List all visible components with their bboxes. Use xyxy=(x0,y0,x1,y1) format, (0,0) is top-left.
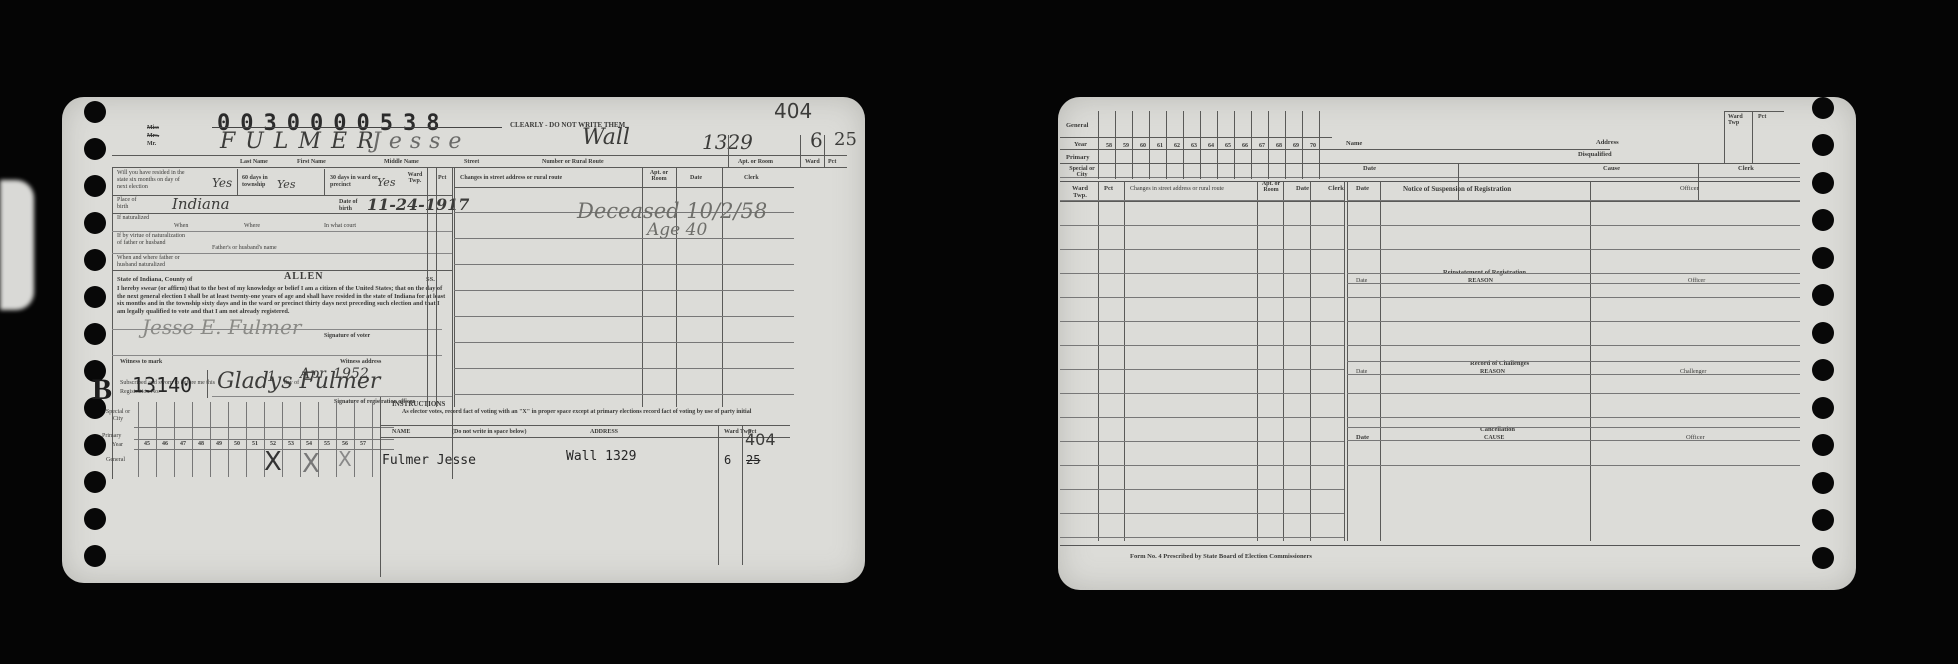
age-note: Age 40 xyxy=(647,222,707,239)
row-line xyxy=(112,270,452,271)
registration-number: 13140 xyxy=(132,375,192,395)
grid-col-line xyxy=(1234,111,1235,179)
punch-hole xyxy=(84,323,106,345)
grid-col-line xyxy=(318,402,319,477)
row-line xyxy=(1347,249,1800,250)
col-line xyxy=(436,167,437,407)
row-line xyxy=(1060,273,1344,274)
middle-name-label: Middle Name xyxy=(384,159,419,165)
row-line xyxy=(1060,249,1344,250)
col-line xyxy=(454,167,455,407)
grid-col-line xyxy=(1183,111,1184,179)
back-grid-label-primary: Primary xyxy=(1066,155,1089,162)
oath-text: I hereby swear (or affirm) that to the b… xyxy=(117,285,447,316)
back-cause-label: Cause xyxy=(1603,166,1620,173)
back-grid-label-general: General xyxy=(1066,123,1088,130)
punch-hole xyxy=(1812,397,1834,419)
row-line xyxy=(1347,297,1800,298)
grid-col-line xyxy=(156,402,157,477)
year-51: 51 xyxy=(246,441,264,447)
prefix-mr: Mr. xyxy=(147,141,156,147)
citizen-by-marriage-label: If by virtue of naturalization of father… xyxy=(117,233,187,247)
back-clerk-label: Clerk xyxy=(1738,166,1754,173)
grid-label-special: Special or City xyxy=(104,409,132,423)
year-53: 53 xyxy=(282,441,300,447)
ward-divider xyxy=(800,135,801,167)
row-line xyxy=(454,264,794,265)
row-line xyxy=(454,290,794,291)
grid-col-line xyxy=(300,402,301,477)
row-line xyxy=(1347,417,1800,418)
row-line xyxy=(1347,440,1800,441)
precinct-answer: Yes xyxy=(377,177,395,188)
state-residence-answer: Yes xyxy=(212,177,232,189)
col-line xyxy=(1698,163,1699,201)
grid-col-line xyxy=(1149,111,1150,179)
ward-value: 6 xyxy=(810,130,823,150)
grid-col-line xyxy=(210,402,211,477)
row-line xyxy=(1347,273,1800,274)
row-line xyxy=(1347,321,1800,322)
footer-address-value: Wall 1329 xyxy=(566,450,636,463)
footer-name-label: NAME xyxy=(392,429,410,435)
row-line xyxy=(1060,489,1344,490)
street-value: Wall xyxy=(582,127,630,149)
registration-card-front: 0030000538 CLEARLY - DO NOT WRITE THEM 4… xyxy=(62,97,865,583)
witness-address-label: Witness address xyxy=(340,359,381,366)
grid-col-line xyxy=(1285,111,1286,179)
punch-hole xyxy=(1812,134,1834,156)
apt-label: Apt. or Room xyxy=(738,159,773,165)
year-50: 50 xyxy=(228,441,246,447)
prefix-miss: Miss xyxy=(147,125,159,131)
instructions-text: As elector votes, record fact of voting … xyxy=(402,409,762,416)
grid-label-year: Year xyxy=(112,442,123,449)
punch-hole xyxy=(84,508,106,530)
col-line xyxy=(1098,181,1099,541)
col-line xyxy=(427,167,428,407)
adjacent-card-edge xyxy=(0,180,34,310)
row-line xyxy=(1060,181,1800,182)
naturalized-label: If naturalized xyxy=(117,215,149,222)
punch-hole xyxy=(1812,247,1834,269)
row-line xyxy=(212,396,452,397)
grid-col-line xyxy=(246,402,247,477)
changes-header-ward: Ward Twp. xyxy=(402,172,428,184)
punch-hole xyxy=(84,138,106,160)
grid-line xyxy=(1060,137,1332,138)
back-changes-header-date: Date xyxy=(1296,186,1309,193)
footer-pct-old: 25 xyxy=(746,454,760,466)
grid-col-line xyxy=(282,402,283,477)
serial-strike-line xyxy=(212,127,502,128)
grid-col-line xyxy=(1268,111,1269,179)
number-label: Number or Rural Route xyxy=(542,159,604,165)
row-line xyxy=(454,187,794,188)
row-line xyxy=(1060,537,1344,538)
row-line xyxy=(112,231,452,232)
grid-label-general: General xyxy=(106,457,125,464)
punch-hole xyxy=(1812,359,1834,381)
year-48: 48 xyxy=(192,441,210,447)
vote-mark-56: X xyxy=(338,449,352,469)
voter-signature: Jesse E. Fulmer xyxy=(142,317,301,337)
grid-line xyxy=(1060,163,1800,164)
year-45: 45 xyxy=(138,441,156,447)
grid-line xyxy=(1060,177,1800,178)
col-line xyxy=(1344,181,1345,541)
ward-box-line xyxy=(1724,111,1784,112)
handwritten-precinct: 404 xyxy=(774,101,812,121)
letter-code: B xyxy=(92,375,112,405)
grid-col-line xyxy=(372,402,373,477)
punch-hole xyxy=(1812,472,1834,494)
row-line xyxy=(1347,427,1800,428)
changes-header-clerk: Clerk xyxy=(744,175,759,181)
year-57: 57 xyxy=(354,441,372,447)
row-line xyxy=(454,342,794,343)
pct-label: Pct xyxy=(828,159,836,165)
punch-hole xyxy=(84,212,106,234)
grid-col-line xyxy=(1251,111,1252,179)
year-47: 47 xyxy=(174,441,192,447)
row-line xyxy=(454,316,794,317)
punch-hole xyxy=(1812,172,1834,194)
pct-value: 25 xyxy=(834,131,857,149)
footer-ward-value: 6 xyxy=(724,454,731,466)
row-line xyxy=(1060,297,1344,298)
vote-mark-52: X xyxy=(264,449,282,475)
street-label: Street xyxy=(464,159,479,165)
row-line xyxy=(112,253,452,254)
suspension-officer-label: Officer xyxy=(1680,186,1699,193)
divider xyxy=(237,169,238,195)
col-line xyxy=(1124,181,1125,541)
row-line xyxy=(1347,393,1800,394)
back-address-label: Address xyxy=(1596,140,1619,147)
back-pct-label: Pct xyxy=(1758,114,1766,120)
form-footer: Form No. 4 Prescribed by State Board of … xyxy=(1130,554,1312,561)
grid-col-line xyxy=(192,402,193,477)
punch-hole xyxy=(84,545,106,567)
back-ward-label: Ward Twp xyxy=(1728,114,1750,126)
naturalized-court-label: In what court xyxy=(324,223,356,230)
row-line xyxy=(380,437,790,438)
first-name-value: Jesse xyxy=(372,131,469,153)
father-husband-label: Father's or husband's name xyxy=(212,245,277,252)
back-name-label: Name xyxy=(1346,141,1362,148)
row-line xyxy=(1347,200,1800,201)
punch-hole xyxy=(84,175,106,197)
row-line xyxy=(1347,283,1800,284)
row-line xyxy=(112,355,442,356)
township-question: 60 days in township xyxy=(242,175,282,189)
name-row-line xyxy=(112,155,847,156)
divider xyxy=(324,169,325,195)
row-line xyxy=(1060,417,1344,418)
punch-hole xyxy=(84,101,106,123)
row-line xyxy=(1060,513,1344,514)
punch-hole xyxy=(1812,97,1834,119)
year-55: 55 xyxy=(318,441,336,447)
row-line xyxy=(380,425,790,426)
year-49: 49 xyxy=(210,441,228,447)
grid-label-primary: Primary xyxy=(102,433,121,440)
grid-col-line xyxy=(1098,111,1099,179)
year-46: 46 xyxy=(156,441,174,447)
township-answer: Yes xyxy=(277,179,295,190)
back-disq-date-label: Date xyxy=(1363,166,1376,173)
place-of-birth-value: Indiana xyxy=(172,197,230,212)
col-line xyxy=(718,425,719,565)
row-line xyxy=(1060,225,1344,226)
footer-note-label: (Do not write in space below) xyxy=(452,429,527,435)
punch-hole xyxy=(84,471,106,493)
punch-hole xyxy=(84,249,106,271)
row-line xyxy=(1347,465,1800,466)
changes-header-date: Date xyxy=(690,175,702,181)
row-line xyxy=(1060,345,1344,346)
row-line xyxy=(454,394,794,395)
ward-box-line xyxy=(1752,111,1753,163)
ward-label: Ward xyxy=(805,159,820,165)
officer-signature: Gladys Fulmer xyxy=(217,371,380,393)
oath-county-value: ALLEN xyxy=(284,272,323,282)
when-where-naturalized-label: When and where father or husband natural… xyxy=(117,255,197,269)
row-line xyxy=(1347,374,1800,375)
row-line xyxy=(454,238,794,239)
row-line xyxy=(454,368,794,369)
instructions-title: INSTRUCTIONS xyxy=(392,401,445,408)
punch-hole xyxy=(1812,209,1834,231)
signature-line xyxy=(112,329,442,330)
grid-col-line xyxy=(1115,111,1116,179)
grid-col-line xyxy=(1200,111,1201,179)
witness-to-mark-label: Witness to mark xyxy=(120,359,162,366)
grid-line xyxy=(1060,149,1610,150)
state-residence-question: Will you have resided in the state six m… xyxy=(117,170,187,191)
row-line xyxy=(1060,545,1800,546)
back-disqualified-label: Disqualified xyxy=(1578,152,1612,159)
grid-col-line xyxy=(336,402,337,477)
punch-hole xyxy=(1812,509,1834,531)
row-line xyxy=(1347,361,1800,362)
divider xyxy=(207,370,208,398)
grid-col-line xyxy=(354,402,355,477)
col-line xyxy=(1257,181,1258,541)
grid-line xyxy=(1060,201,1800,202)
grid-col-line xyxy=(174,402,175,477)
row-line xyxy=(1060,441,1344,442)
back-changes-header-apt: Apt. or Room xyxy=(1258,181,1284,193)
oath-state-county: State of Indiana, County of xyxy=(117,277,192,284)
changes-header-address: Changes in street address or rural route xyxy=(460,175,562,181)
col-line xyxy=(742,425,743,565)
prefix-mrs: Mrs. xyxy=(147,133,159,139)
date-of-birth-label: Date of birth xyxy=(339,199,369,213)
naturalized-where-label: Where xyxy=(244,223,260,230)
row-line xyxy=(1060,200,1344,201)
row-line xyxy=(1347,345,1800,346)
back-changes-header-ward: Ward Twp. xyxy=(1068,186,1092,199)
back-changes-header-clerk: Clerk xyxy=(1328,186,1344,193)
col-line xyxy=(1283,181,1284,541)
grid-col-line xyxy=(1302,111,1303,179)
pct-divider xyxy=(824,135,825,167)
naturalized-when-label: When xyxy=(174,223,188,230)
grid-col-line xyxy=(1132,111,1133,179)
deceased-note: Deceased 10/2/58 xyxy=(577,201,767,222)
row-line xyxy=(1060,465,1344,466)
row-line xyxy=(1347,225,1800,226)
footer-name-value: Fulmer Jesse xyxy=(382,454,476,467)
ward-box-line xyxy=(1724,111,1725,163)
place-of-birth-label: Place of birth xyxy=(117,197,147,211)
grid-col-line xyxy=(138,402,139,477)
year-54: 54 xyxy=(300,441,318,447)
punch-hole xyxy=(1812,434,1834,456)
grid-col-line xyxy=(1166,111,1167,179)
instructions-border xyxy=(380,397,381,577)
grid-col-line xyxy=(228,402,229,477)
changes-header-pct: Pct xyxy=(438,175,446,181)
suspension-date-label: Date xyxy=(1356,186,1369,193)
col-line xyxy=(1458,163,1459,201)
suspension-title: Notice of Suspension of Registration xyxy=(1403,186,1511,193)
punch-hole xyxy=(84,286,106,308)
grid-col-line xyxy=(1217,111,1218,179)
row-line xyxy=(1060,321,1344,322)
row-line xyxy=(1060,393,1344,394)
footer-pct-new: 404 xyxy=(745,432,776,448)
changes-header-apt: Apt. or Room xyxy=(644,170,674,182)
registration-card-back: General Year Primary Special or City 58 … xyxy=(1058,97,1856,590)
punch-hole xyxy=(1812,322,1834,344)
punch-hole xyxy=(1812,284,1834,306)
back-changes-header-address: Changes in street address or rural route xyxy=(1130,186,1224,192)
label-row-line xyxy=(112,167,847,168)
last-name-value: FULMER xyxy=(220,131,384,153)
row-line xyxy=(112,213,452,214)
signature-of-voter-label: Signature of voter xyxy=(324,333,370,340)
back-changes-header-pct: Pct xyxy=(1104,186,1113,193)
punch-hole xyxy=(1812,547,1834,569)
first-name-label: First Name xyxy=(297,159,326,165)
grid-col-line xyxy=(264,402,265,477)
last-name-label: Last Name xyxy=(240,159,268,165)
footer-address-label: ADDRESS xyxy=(590,429,618,435)
row-line xyxy=(1060,369,1344,370)
grid-col-line xyxy=(1319,111,1320,179)
apt-divider xyxy=(728,135,729,167)
back-grid-label-year: Year xyxy=(1074,142,1087,149)
col-line xyxy=(1310,181,1311,541)
